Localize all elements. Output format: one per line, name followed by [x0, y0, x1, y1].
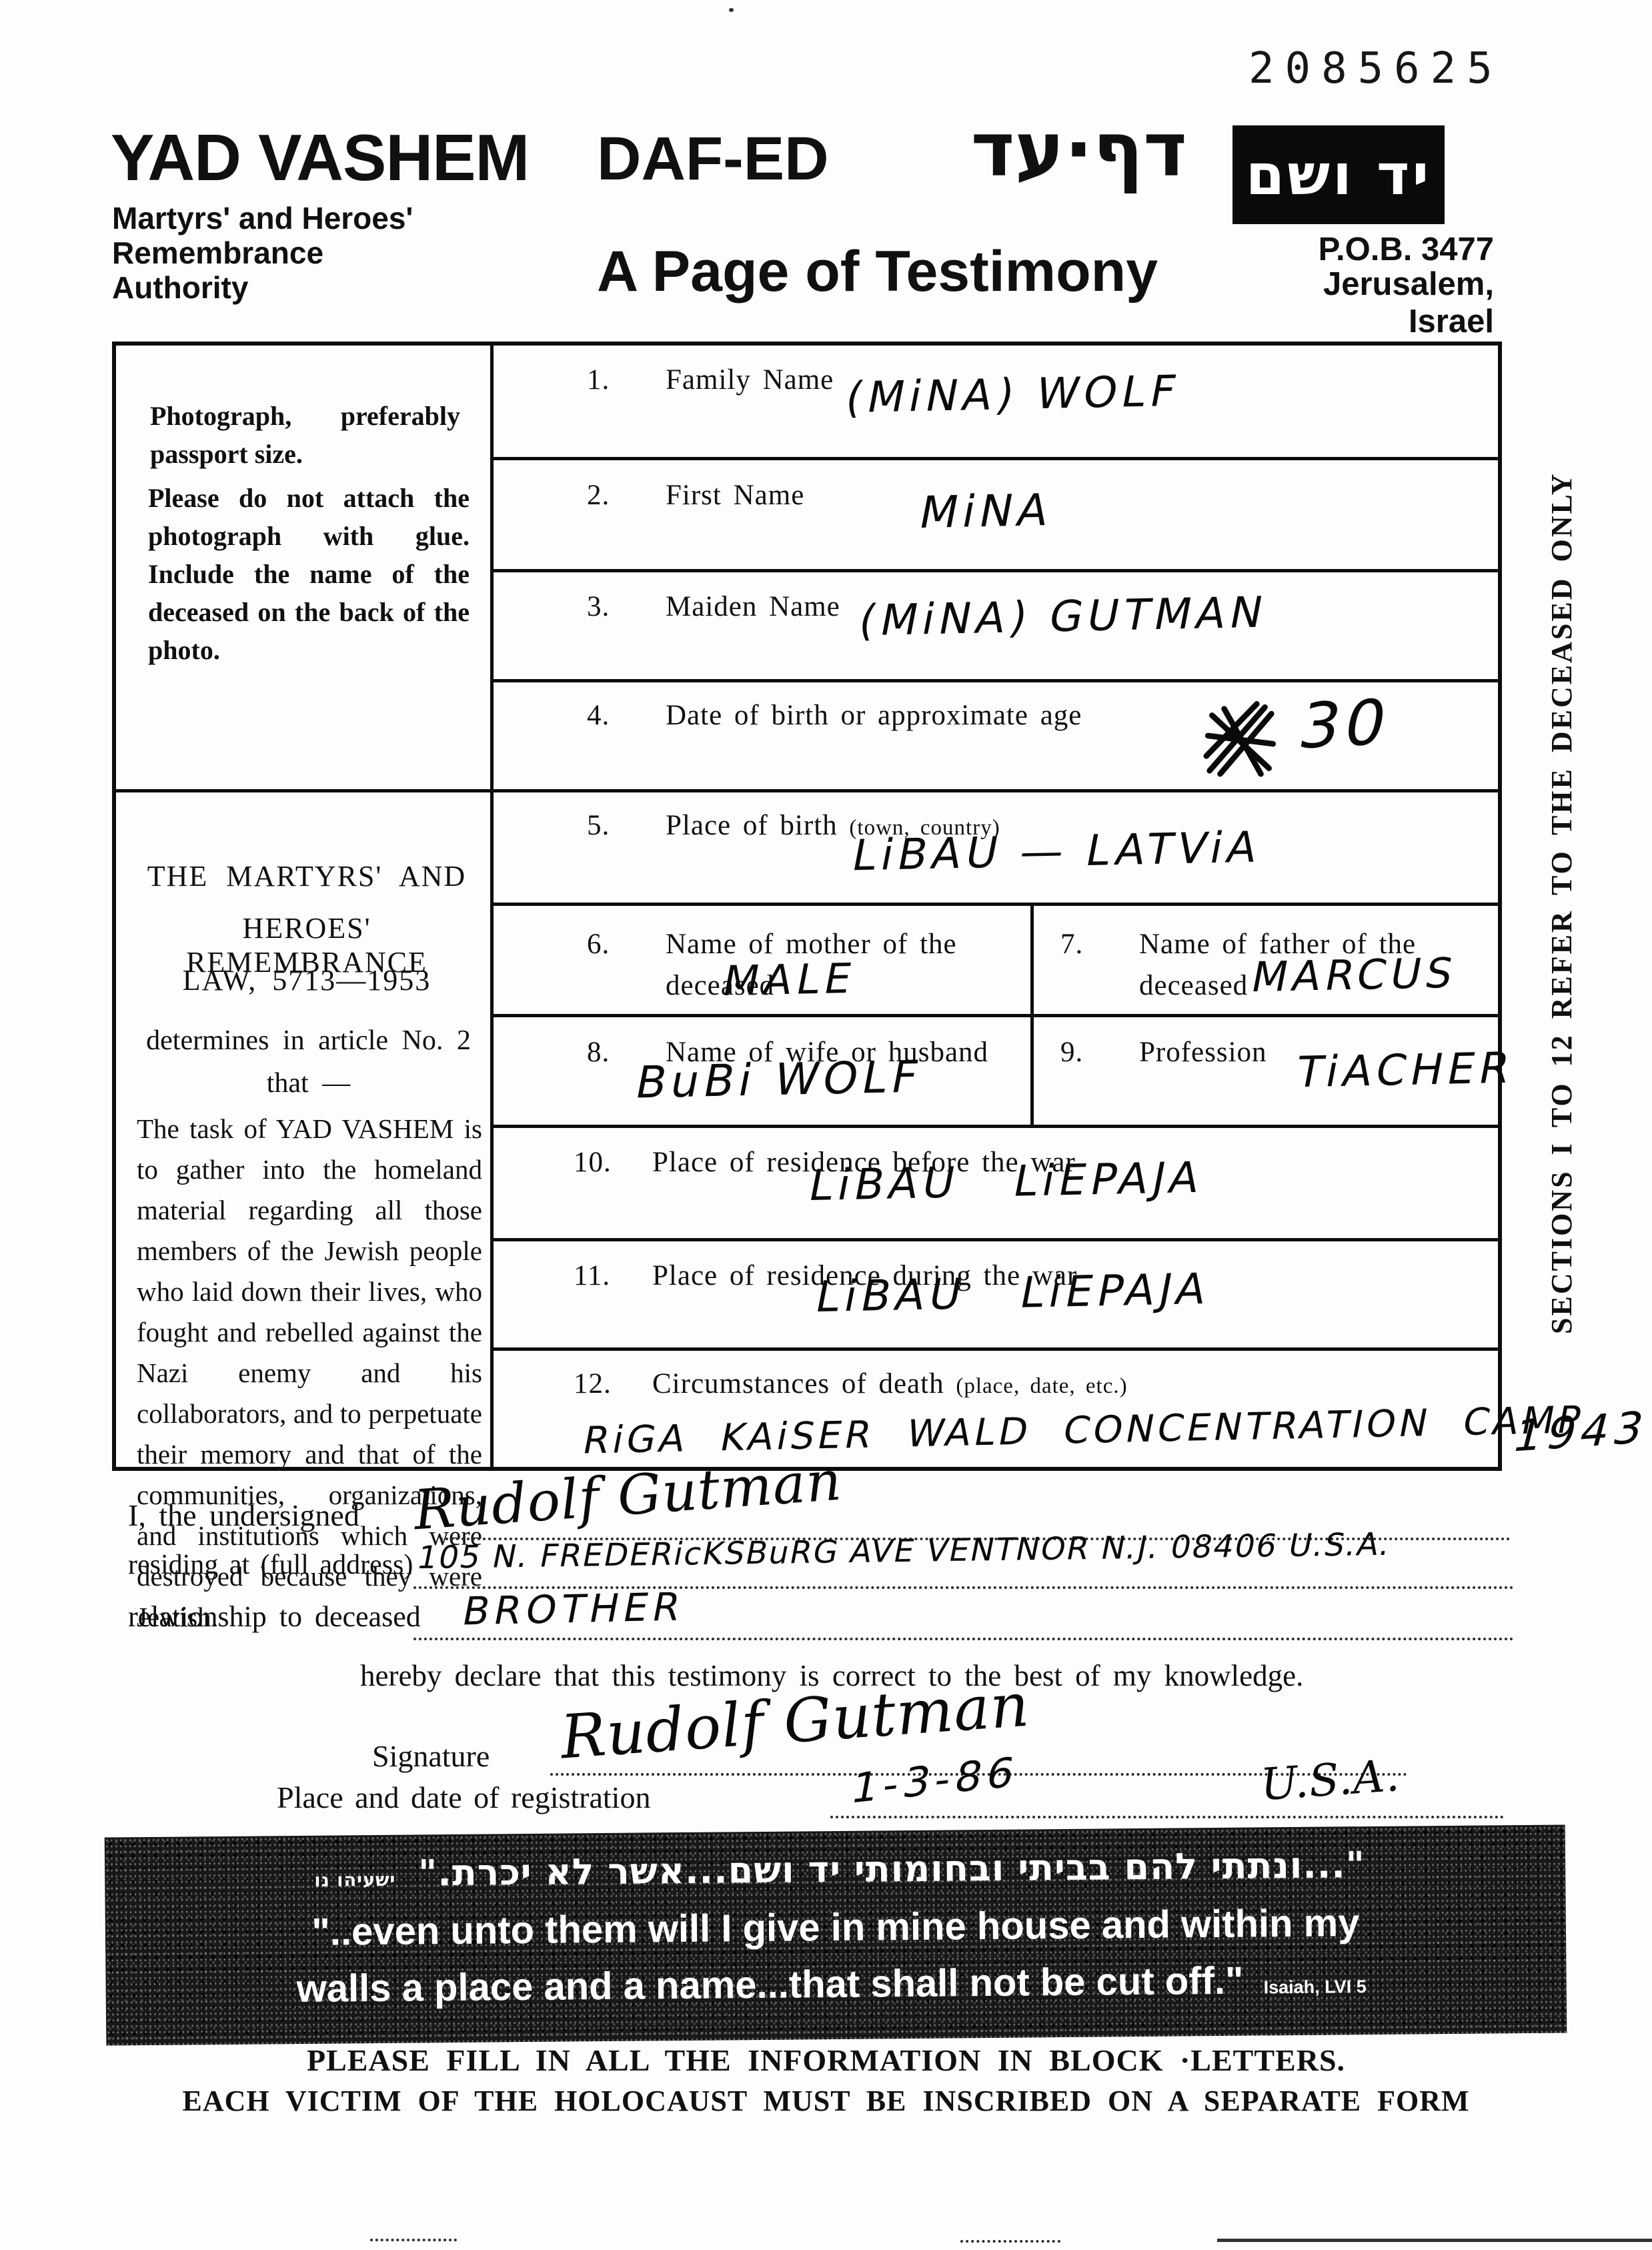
- document-number: 2085625: [1249, 44, 1503, 93]
- field-value-father-name: MARCUS: [1247, 949, 1461, 1001]
- row-divider: [492, 569, 1502, 572]
- org-subtitle-line2: Remembrance: [112, 235, 323, 271]
- law-title-line1: THE MARTYRS' AND: [133, 859, 480, 893]
- scan-artifact: [729, 8, 734, 12]
- table-column-divider: [490, 342, 494, 1471]
- row-divider: [492, 1238, 1502, 1241]
- law-paragraph-1: determines in article No. 2 that —: [137, 1019, 480, 1105]
- law-title-line3: LAW, 5713—1953: [133, 963, 480, 997]
- field-label-circumstances-of-death: 12.Circumstances of death (place, date, …: [574, 1367, 1128, 1400]
- field-value-mother-name: MALE: [719, 954, 860, 1005]
- row-divider: [492, 1347, 1502, 1351]
- registration-place-value: U.S.A.: [1259, 1750, 1402, 1810]
- footer-line1: PLEASE FILL IN ALL THE INFORMATION IN BL…: [0, 2043, 1652, 2078]
- field-value-residence-before-war: LiBAU LiEPAJA: [805, 1153, 1208, 1211]
- pob-line: P.O.B. 3477: [1232, 231, 1494, 268]
- daf-ed-hebrew-title: דף·עד: [907, 107, 1187, 193]
- registration-label: Place and date of registration: [277, 1780, 650, 1815]
- page-title: A Page of Testimony: [597, 239, 1158, 305]
- field-label-first-name: 2.First Name: [587, 479, 804, 512]
- yad-vashem-logo: יד ושם: [1232, 125, 1445, 224]
- field-label-date-of-birth: 4.Date of birth or approximate age: [587, 699, 1082, 732]
- scribble-mark: [1197, 699, 1284, 780]
- photo-instructions-1: Photograph, preferably passport size.: [150, 397, 460, 473]
- subcolumn-divider: [1030, 903, 1034, 1125]
- field-label-profession: 9.Profession: [1060, 1036, 1267, 1069]
- row-divider: [492, 457, 1502, 460]
- field-value-first-name: MiNA: [915, 484, 1057, 538]
- banner-hebrew-quote: "...ונתתי להם בביתי ובחומותי יד ושם...אש…: [105, 1842, 1565, 1896]
- scan-artifact: [1217, 2239, 1652, 2242]
- relationship-value: BROTHER: [459, 1584, 689, 1634]
- photo-instructions-2: Please do not attach the photograph with…: [148, 479, 470, 669]
- field-value-residence-during-war: LiBAU LiEPAJA: [812, 1265, 1215, 1322]
- scan-artifact: [960, 2240, 1060, 2243]
- field-value-profession: TiACHER: [1292, 1044, 1519, 1098]
- photo-law-divider: [112, 789, 494, 792]
- row-divider: [492, 903, 1502, 906]
- registration-line: [830, 1816, 1504, 1818]
- city-line: Jerusalem, Israel: [1232, 265, 1494, 340]
- signature-label: Signature: [372, 1738, 490, 1774]
- residing-value: 105 N. FREDERicKSBuRG AVE VENTNOR N.J. 0…: [414, 1526, 1394, 1576]
- org-name: YAD VASHEM: [111, 120, 529, 195]
- footer-line2: EACH VICTIM OF THE HOLOCAUST MUST BE INS…: [0, 2084, 1652, 2118]
- row-divider: [492, 789, 1502, 792]
- row-divider: [492, 679, 1502, 682]
- field-value-wife-husband: BuBi WOLF: [632, 1051, 927, 1109]
- field-value-family-name: (MiNA) WOLF: [842, 367, 1184, 423]
- registration-date-value: 1-3-86: [847, 1747, 1023, 1812]
- field-value-place-of-birth: LiBAU — LATViA: [848, 823, 1266, 881]
- banner-hebrew-source: ישעיהו נו: [314, 1870, 395, 1891]
- field-label-maiden-name: 3.Maiden Name: [587, 590, 840, 623]
- scripture-banner: "...ונתתי להם בביתי ובחומותי יד ושם...אש…: [105, 1824, 1567, 2045]
- page-of-testimony-document: 2085625 YAD VASHEM Martyrs' and Heroes' …: [0, 0, 1652, 2250]
- row-divider: [492, 1014, 1502, 1017]
- banner-english-source: Isaiah, LVI 5: [1263, 1977, 1366, 1997]
- undersigned-label: I, the undersigned: [128, 1498, 359, 1533]
- field-value-maiden-name: (MiNA) GUTMAN: [855, 588, 1272, 646]
- banner-english-line1: "..even unto them will I give in mine ho…: [105, 1898, 1567, 1956]
- field-value-death-year: 1943: [1507, 1401, 1652, 1462]
- scan-artifact: [370, 2239, 457, 2241]
- field-value-age: 30: [1293, 686, 1398, 764]
- org-subtitle-line1: Martyrs' and Heroes': [112, 200, 413, 236]
- banner-english-line2: walls a place and a name...that shall no…: [105, 1955, 1567, 2013]
- relationship-line: [414, 1638, 1514, 1640]
- relationship-label: relationship to deceased: [128, 1600, 421, 1634]
- daf-ed-title: DAF-ED: [597, 124, 829, 194]
- field-label-family-name: 1.Family Name: [587, 364, 834, 396]
- sections-refer-note: SECTIONS I TO 12 REFER TO THE DECEASED O…: [1543, 534, 1581, 1334]
- residing-label: residing at (full address): [128, 1549, 413, 1581]
- org-subtitle-line3: Authority: [112, 269, 248, 306]
- row-divider: [492, 1125, 1502, 1128]
- yad-vashem-logo-hebrew: יד ושם: [1246, 142, 1431, 207]
